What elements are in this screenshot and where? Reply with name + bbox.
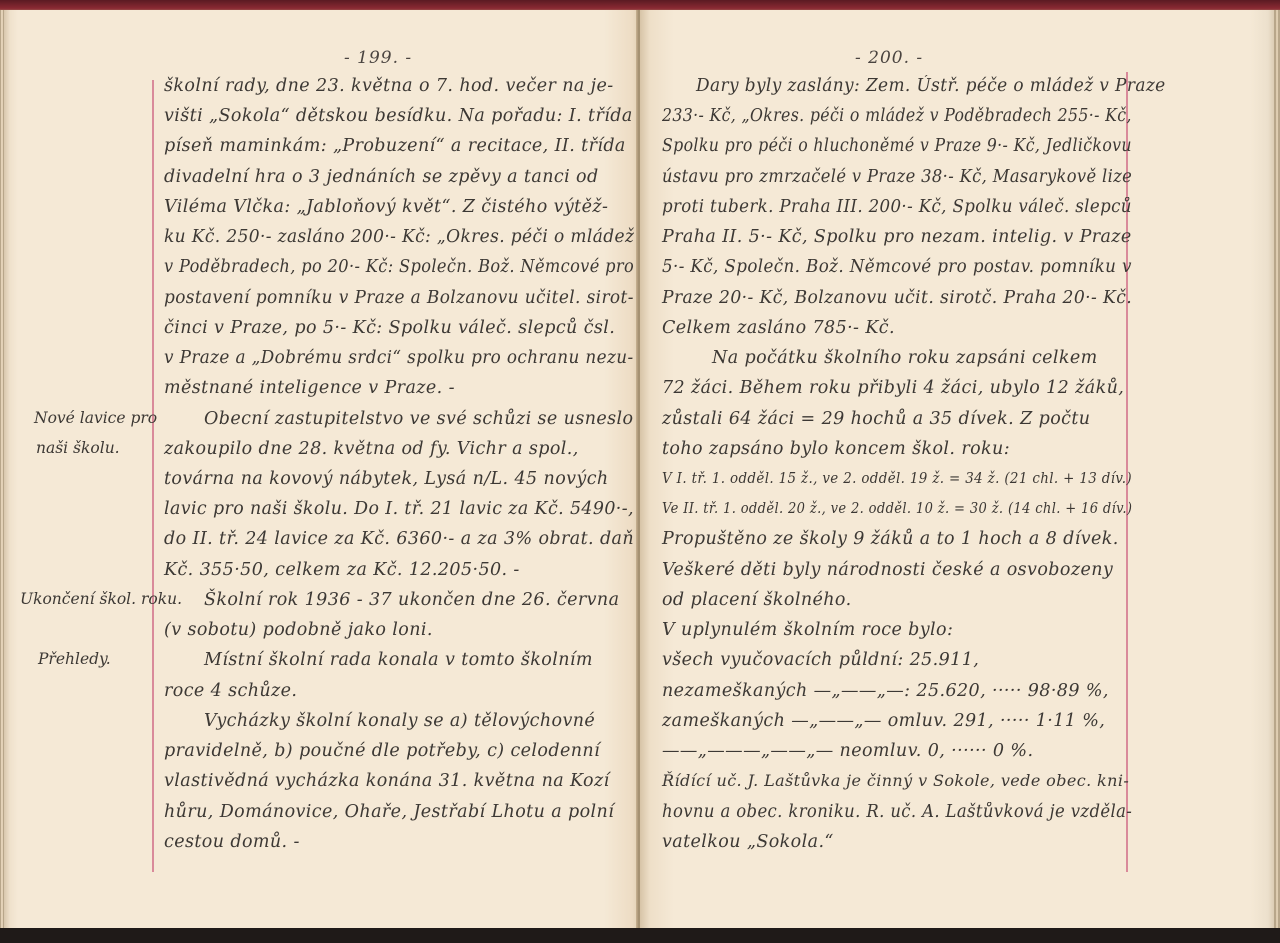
text-line: Školní rok 1936 - 37 ukončen dne 26. čer… xyxy=(204,590,619,610)
text-line: Propuštěno ze školy 9 žáků a to 1 hoch a… xyxy=(662,529,1119,549)
text-line: Viléma Vlčka: „Jabloňový květ“. Z čistéh… xyxy=(164,197,608,217)
text-line: cestou domů. - xyxy=(164,832,300,852)
attendance-line: nezameškaných —„——„—: 25.620, ····· 98·8… xyxy=(662,681,1109,701)
text-line: hůru, Dománovice, Ohaře, Jestřabí Lhotu … xyxy=(164,802,614,822)
text-line: Celkem zasláno 785·- Kč. xyxy=(662,318,895,338)
text-line: vlastivědná vycházka konána 31. května n… xyxy=(164,771,610,791)
text-line: toho zapsáno bylo koncem škol. roku: xyxy=(662,439,1010,459)
text-line: Řídící uč. J. Laštůvka je činný v Sokole… xyxy=(662,771,1129,790)
text-line: městnané inteligence v Praze. - xyxy=(164,378,455,398)
text-line: továrna na kovový nábytek, Lysá n/L. 45 … xyxy=(164,469,609,489)
text-line: Veškeré děti byly národnosti české a osv… xyxy=(662,560,1113,580)
text-line: V uplynulém školním roce bylo: xyxy=(662,620,953,640)
text-line: divadelní hra o 3 jednáních se zpěvy a t… xyxy=(164,167,599,187)
text-line: Dary byly zaslány: Zem. Ústř. péče o mlá… xyxy=(696,76,1166,96)
text-line: pravidelně, b) poučné dle potřeby, c) ce… xyxy=(164,741,600,761)
text-line: do II. tř. 24 lavice za Kč. 6360·- a za … xyxy=(164,529,634,549)
text-line: proti tuberk. Praha III. 200·- Kč, Spolk… xyxy=(662,197,1132,217)
text-line: všech vyučovacích půldní: 25.911, xyxy=(662,650,979,670)
text-line: 72 žáci. Během roku přibyli 4 žáci, ubyl… xyxy=(662,378,1124,398)
text-line: v Poděbradech, po 20·- Kč: Společn. Bož.… xyxy=(164,257,634,277)
text-line: Praha II. 5·- Kč, Spolku pro nezam. inte… xyxy=(662,227,1132,247)
left-page: - 199. - Nové lavice pro naši školu. Uko… xyxy=(0,10,640,928)
text-line: vatelkou „Sokola.“ xyxy=(662,832,834,852)
margin-note: naši školu. xyxy=(36,439,120,457)
text-line: višti „Sokola“ dětskou besídku. Na pořad… xyxy=(164,106,633,126)
margin-note: Přehledy. xyxy=(38,650,111,668)
text-line: (v sobotu) podobně jako loni. xyxy=(164,620,433,640)
text-line: roce 4 schůze. xyxy=(164,681,297,701)
page-number: - 199. - xyxy=(344,48,412,68)
text-line: činci v Praze, po 5·- Kč: Spolku váleč. … xyxy=(164,318,615,338)
text-line: Kč. 355·50, celkem za Kč. 12.205·50. - xyxy=(164,560,520,580)
right-page: - 200. - Dary byly zaslány: Zem. Ústř. p… xyxy=(640,10,1280,928)
text-line: Vycházky školní konaly se a) tělovýchovn… xyxy=(204,711,595,731)
text-line: Místní školní rada konala v tomto školní… xyxy=(204,650,593,670)
text-line: 233·- Kč, „Okres. péči o mládež v Poděbr… xyxy=(662,106,1132,126)
text-line: zakoupilo dne 28. května od fy. Vichr a … xyxy=(164,439,579,459)
text-line: hovnu a obec. kroniku. R. uč. A. Laštůvk… xyxy=(662,802,1132,822)
text-line: Na počátku školního roku zapsáni celkem xyxy=(712,348,1098,368)
text-line: ku Kč. 250·- zasláno 200·- Kč: „Okres. p… xyxy=(164,227,634,247)
attendance-line: zameškaných —„——„— omluv. 291, ····· 1·1… xyxy=(662,711,1105,731)
text-line: od placení školného. xyxy=(662,590,852,610)
margin-rule xyxy=(152,80,154,872)
text-line: ústavu pro zmrzačelé v Praze 38·- Kč, Ma… xyxy=(662,167,1132,187)
text-line: v Praze a „Dobrému srdci“ spolku pro och… xyxy=(164,348,634,368)
text-line: lavic pro naši školu. Do I. tř. 21 lavic… xyxy=(164,499,634,519)
text-line: Spolku pro péči o hluchoněmé v Praze 9·-… xyxy=(662,136,1132,156)
text-line: V I. tř. 1. odděl. 15 ž., ve 2. odděl. 1… xyxy=(662,469,1132,487)
page-number: - 200. - xyxy=(855,48,923,68)
text-line: školní rady, dne 23. května o 7. hod. ve… xyxy=(164,76,614,96)
text-line: Praze 20·- Kč, Bolzanovu učit. sirotč. P… xyxy=(662,288,1132,308)
book-cover-bottom-edge xyxy=(0,928,1280,943)
margin-note: Nové lavice pro xyxy=(34,409,157,427)
margin-note: Ukončení škol. roku. xyxy=(20,590,182,608)
text-line: 5·- Kč, Společn. Bož. Němcové pro postav… xyxy=(662,257,1132,277)
text-line: Ve II. tř. 1. odděl. 20 ž., ve 2. odděl.… xyxy=(662,499,1132,517)
text-line: zůstali 64 žáci = 29 hochů a 35 dívek. Z… xyxy=(662,409,1090,429)
attendance-line: ——„———„——„— neomluv. 0, ······ 0 %. xyxy=(662,741,1033,761)
text-line: Obecní zastupitelstvo ve své schůzi se u… xyxy=(204,409,650,429)
text-line: píseň maminkám: „Probuzení“ a recitace, … xyxy=(164,136,626,156)
text-line: postavení pomníku v Praze a Bolzanovu uč… xyxy=(164,288,634,308)
